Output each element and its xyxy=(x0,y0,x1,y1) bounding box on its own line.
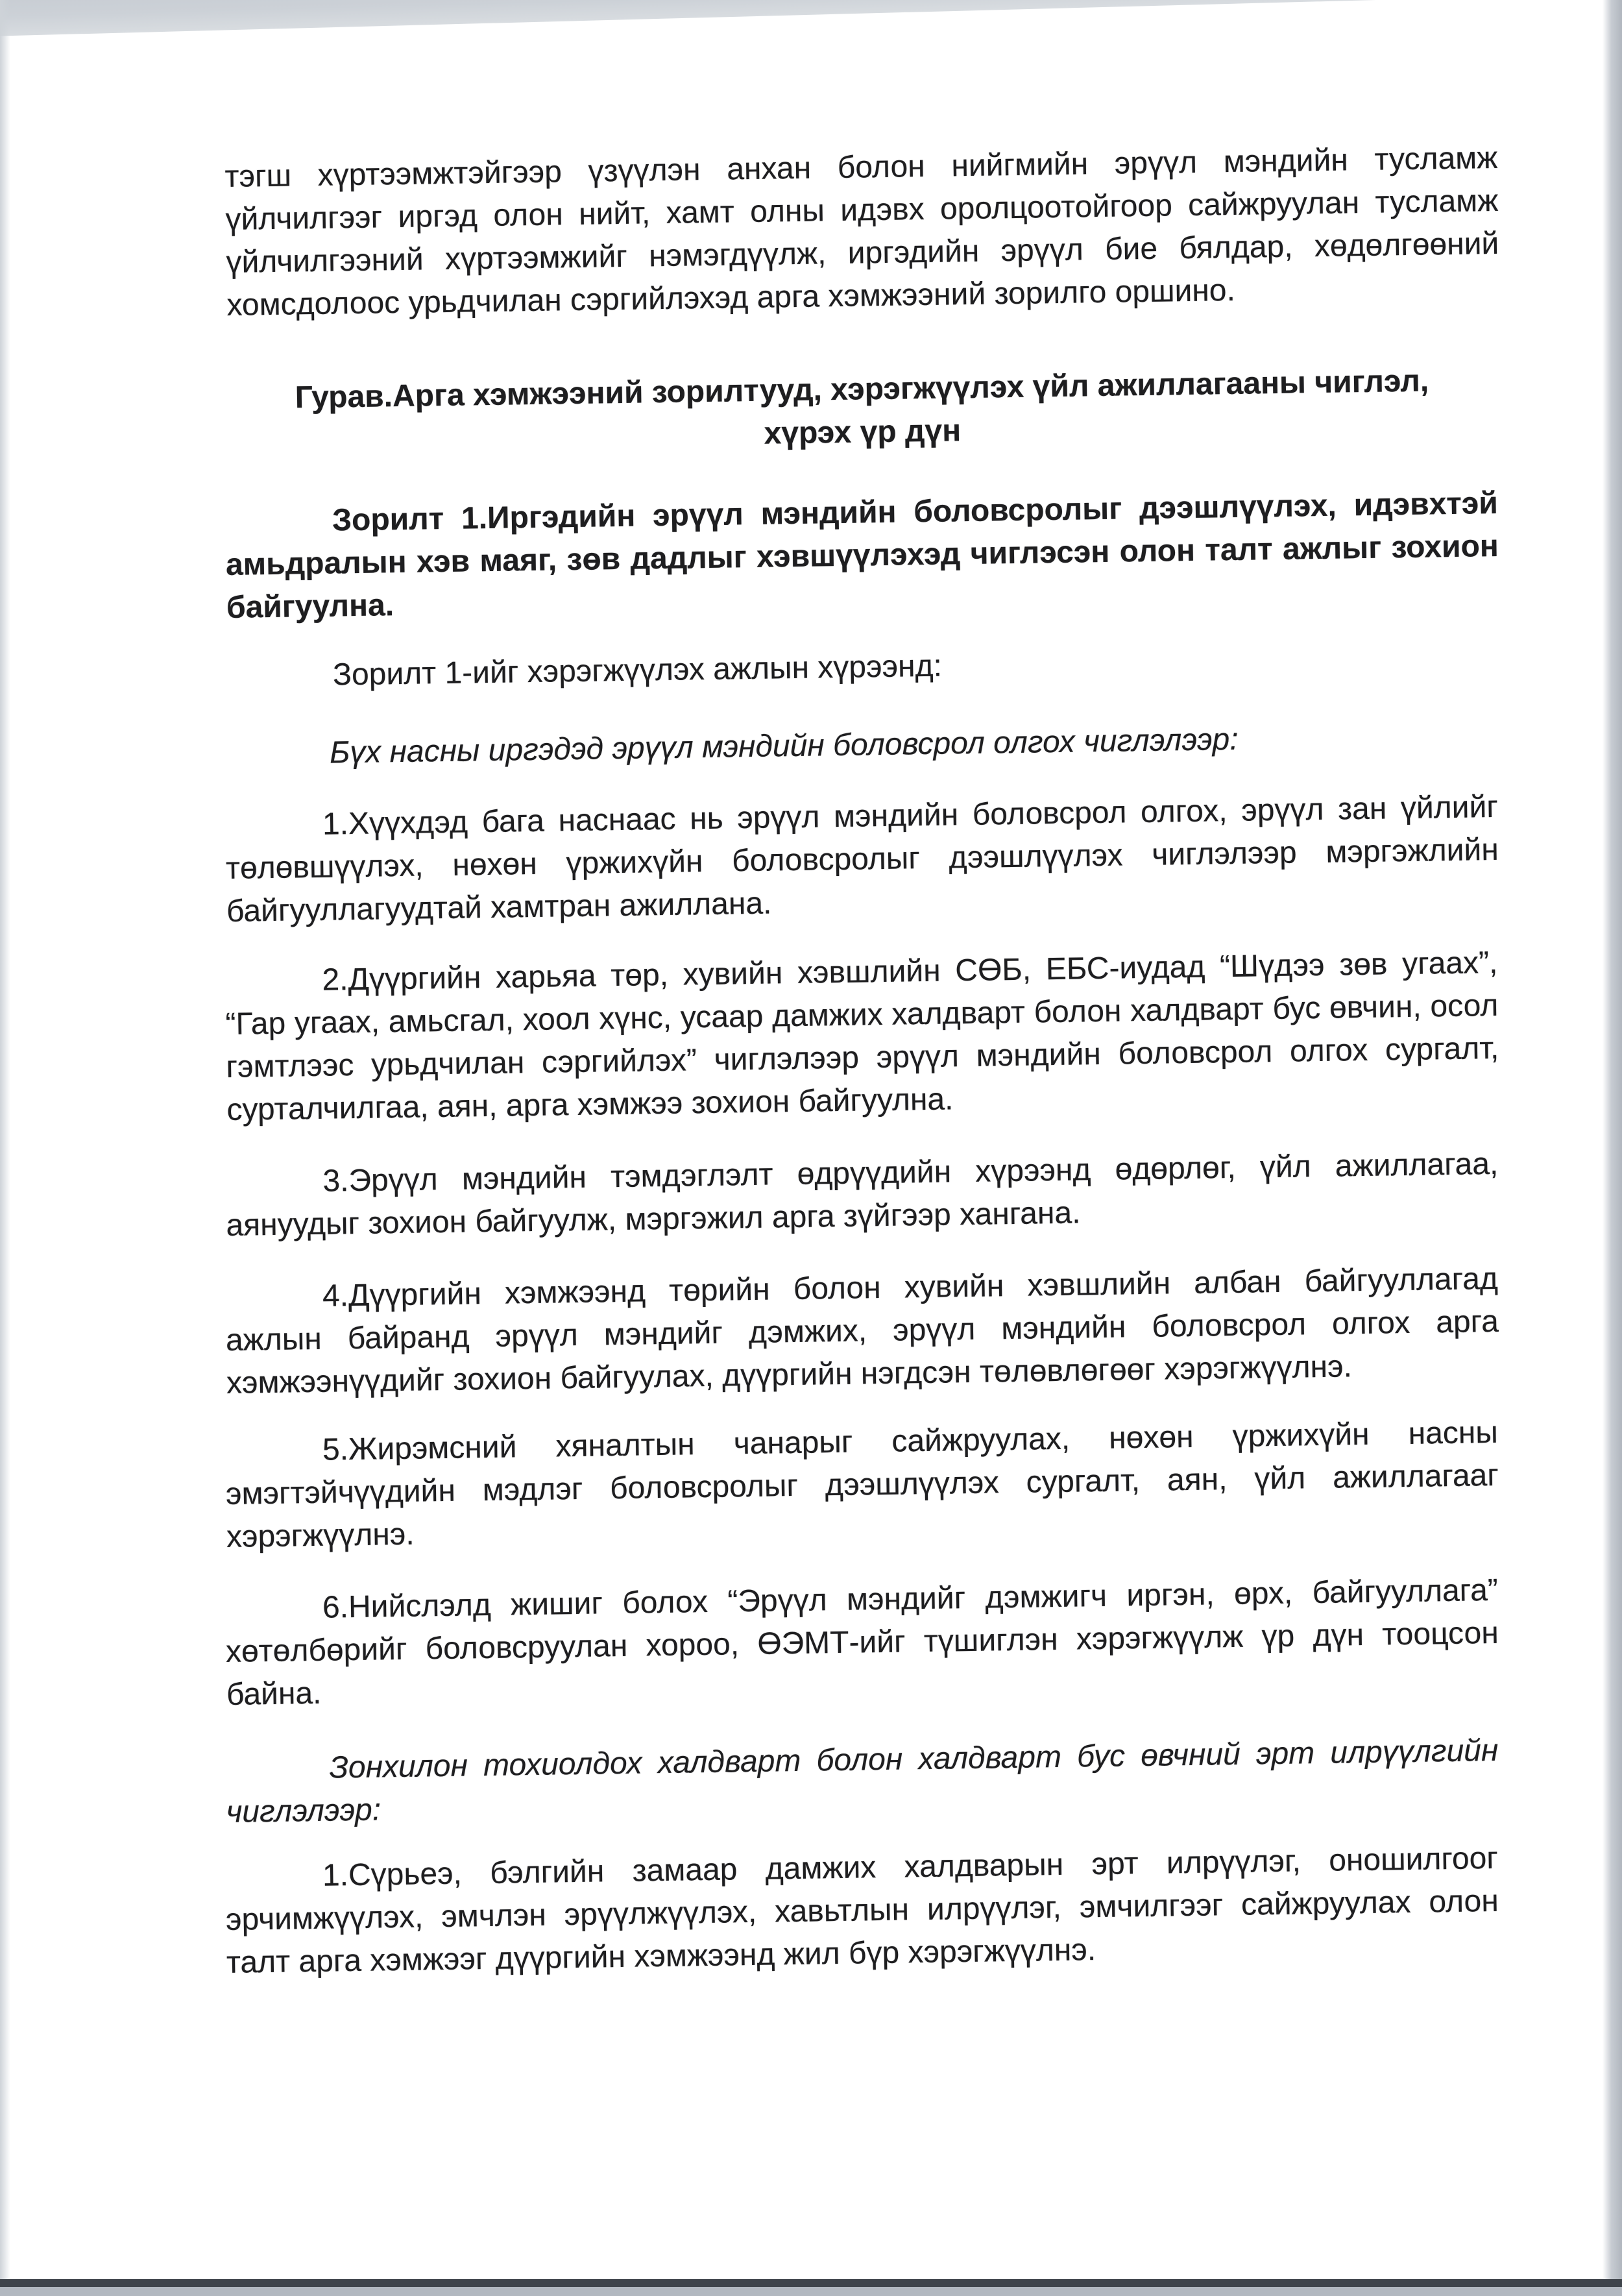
section1-heading: Бүх насны иргэдэд эрүүл мэндийн боловсро… xyxy=(226,714,1499,776)
document-content: тэгш хүртээмжтэйгээр үзүүлэн анхан болон… xyxy=(0,0,1622,1985)
page-bottom-edge-line xyxy=(0,2279,1622,2287)
intro-paragraph: тэгш хүртээмжтэйгээр үзүүлэн анхан болон… xyxy=(224,137,1500,327)
section1-item-6: 6.Нийслэлд жишиг болох “Эрүүл мэндийг дэ… xyxy=(225,1569,1500,1716)
scanner-bottom-strip xyxy=(0,2287,1622,2296)
scanned-document-page: тэгш хүртээмжтэйгээр үзүүлэн анхан болон… xyxy=(0,0,1622,2296)
page-right-edge-shade xyxy=(1603,0,1622,2296)
section1-item-3: 3.Эрүүл мэндийн тэмдэглэлт өдрүүдийн хүр… xyxy=(225,1143,1499,1247)
section1-item-5: 5.Жирэмсний хяналтын чанарыг сайжруулах,… xyxy=(225,1411,1500,1559)
section1-item-1: 1.Хүүхдэд бага наснаас нь эрүүл мэндийн … xyxy=(225,786,1500,933)
goal1-scope-note: Зорилт 1-ийг хэрэгжүүлэх ажлын хүрээнд: xyxy=(226,637,1499,698)
section2-item-1: 1.Сүрьеэ, бэлгийн замаар дамжих халдвары… xyxy=(225,1837,1500,1985)
goal1-statement: Зорилт 1.Иргэдийн эрүүл мэндийн боловсро… xyxy=(225,482,1500,629)
chapter-heading: Гурав.Арга хэмжээний зорилтууд, хэрэгжүү… xyxy=(225,359,1499,463)
section1-item-2: 2.Дүүргийн харьяа төр, хувийн хэвшлийн С… xyxy=(224,942,1500,1132)
section1-item-4: 4.Дүүргийн хэмжээнд төрийн болон хувийн … xyxy=(225,1258,1500,1405)
page-left-edge-shade xyxy=(0,0,10,2296)
section2-heading: Зонхилон тохиолдох халдварт болон халдва… xyxy=(225,1729,1499,1834)
